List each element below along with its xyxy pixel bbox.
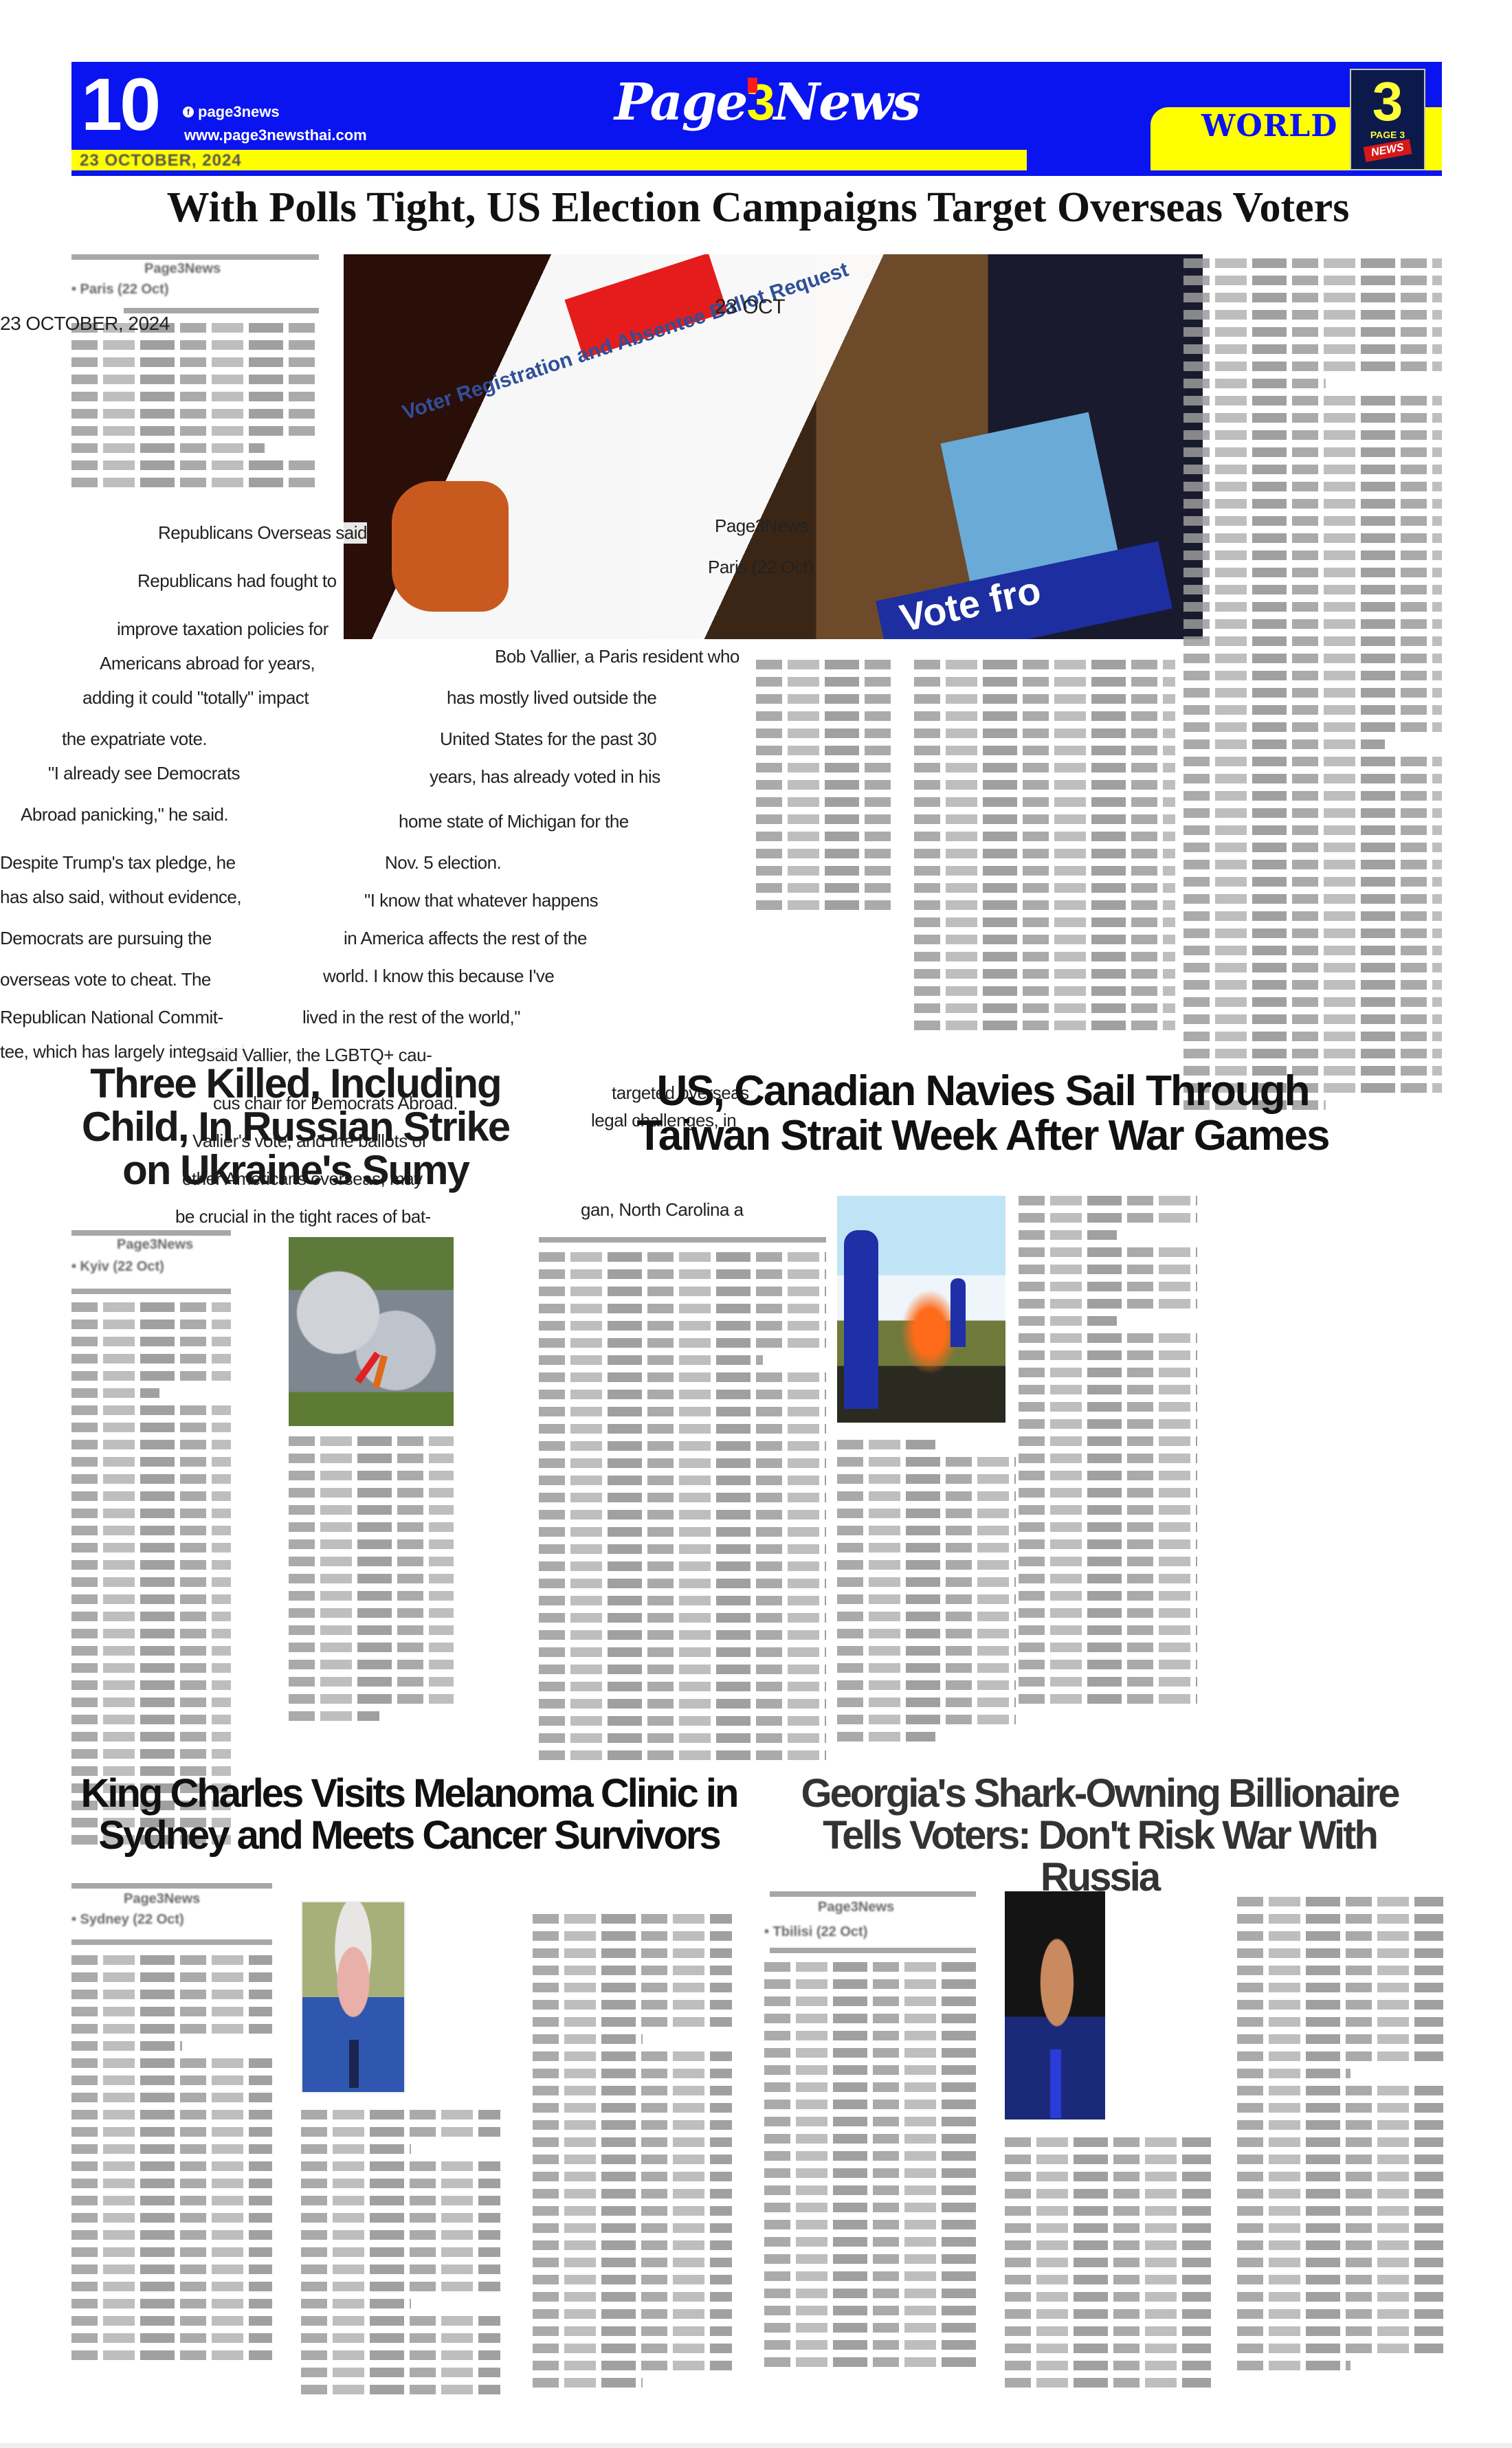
byline-rule <box>71 1939 272 1945</box>
overlay-byline: Page3News <box>715 515 808 537</box>
masthead: 10 f page3news www.page3newsthai.com 23 … <box>71 62 1442 176</box>
photo-detail <box>1050 2049 1061 2118</box>
article-column <box>289 1436 454 1728</box>
headline-us-election: With Polls Tight, US Election Campaigns … <box>74 186 1442 230</box>
article-column <box>71 323 319 495</box>
overlay-text: Democrats are pursuing the <box>0 928 212 949</box>
overlay-text: Republicans Overseas said <box>158 522 367 544</box>
article-column <box>764 1962 977 2374</box>
facebook-handle: page3news <box>198 103 280 121</box>
article-column <box>756 660 893 917</box>
overlay-text: adding it could "totally" impact <box>82 687 309 709</box>
overlay-date: 23 OCTOBER, 2024 <box>0 313 170 335</box>
overlay-text: be crucial in the tight races of bat- <box>175 1206 431 1227</box>
article-column <box>533 1914 732 2395</box>
page3-news-logo: 3 PAGE 3 NEWS <box>1350 69 1425 170</box>
overlay-text: "I know that whatever happens <box>364 890 598 911</box>
byline: Page3News <box>124 1891 200 1907</box>
article-column <box>1183 258 1442 1117</box>
overlay-text: Republicans had fought to <box>137 570 337 592</box>
overlay-dateline: Paris (22 Oct) <box>708 557 813 578</box>
article-column <box>301 2110 500 2402</box>
page-number: 10 <box>81 67 158 142</box>
overlay-text: United States for the past 30 <box>440 728 656 750</box>
overlay-text: has mostly lived outside the <box>447 687 656 709</box>
headline-ukraine-strike: Three Killed, Including Child, In Russia… <box>69 1062 522 1192</box>
website-link[interactable]: www.page3newsthai.com <box>184 126 367 144</box>
overlay-text: Americans abroad for years, <box>100 653 315 674</box>
masthead-bottom-rule <box>71 170 1442 176</box>
article-column <box>539 1237 826 1768</box>
article-column <box>837 1440 1016 1749</box>
dateline: • Tbilisi (22 Oct) <box>764 1924 867 1940</box>
overlay-text: the expatriate vote. <box>62 728 207 750</box>
issue-date: 23 OCTOBER, 2024 <box>80 151 242 170</box>
brand-left: Page <box>614 73 746 132</box>
overlay-text: Despite Trump's tax pledge, he <box>0 852 236 874</box>
overlay-text: has also said, without evidence, <box>0 887 241 908</box>
photo-king-charles <box>301 1901 405 2093</box>
article-column <box>1019 1196 1197 1711</box>
article-column <box>71 1302 231 1852</box>
logo-number: 3 <box>1372 74 1403 129</box>
facebook-link[interactable]: f page3news <box>183 103 280 121</box>
byline-rule <box>71 1289 231 1294</box>
overlay-text: years, has already voted in his <box>430 766 660 788</box>
brand-number: 3 <box>746 74 773 131</box>
overlay-text: home state of Michigan for the <box>399 811 629 832</box>
brand-right: News <box>774 73 920 132</box>
page-bottom-edge <box>0 2443 1512 2448</box>
article-column <box>71 1955 272 2368</box>
overlay-text: lived in the rest of the world," <box>302 1007 520 1028</box>
photo-strike-aftermath <box>289 1237 454 1426</box>
dateline: • Paris (22 Oct) <box>71 282 169 298</box>
brand-logotype: Page3News <box>614 77 920 128</box>
headline-king-charles: King Charles Visits Melanoma Clinic in S… <box>76 1773 742 1857</box>
overlay-text: "I already see Democrats <box>48 763 240 784</box>
logo-line2: NEWS <box>1364 139 1412 162</box>
overlay-text: overseas vote to cheat. The <box>0 969 211 990</box>
overlay-text: Abroad panicking," he said. <box>21 804 228 825</box>
overlay-text: Nov. 5 election. <box>385 852 501 874</box>
facebook-icon: f <box>183 107 194 118</box>
overlay-text: Republican National Commit- <box>0 1007 223 1028</box>
photo-detail <box>349 2040 359 2088</box>
headline-taiwan-strait: US, Canadian Navies Sail Through Taiwan … <box>591 1069 1375 1158</box>
headline-georgia-billionaire: Georgia's Shark-Owning Billionaire Tells… <box>763 1773 1436 1899</box>
dateline: • Kyiv (22 Oct) <box>71 1259 164 1275</box>
overlay-text: in America affects the rest of the <box>344 928 587 949</box>
logo-line1: PAGE 3 <box>1370 129 1405 140</box>
byline: Page3News <box>144 261 221 277</box>
byline: Page3News <box>117 1237 193 1253</box>
overlay-text: gan, North Carolina a <box>581 1199 744 1221</box>
overlay-photo-date: 23 OCT <box>715 296 785 319</box>
overlay-text: Bob Vallier, a Paris resident who <box>495 646 740 667</box>
photo-figure <box>844 1230 878 1409</box>
photo-figure <box>950 1278 966 1347</box>
byline-rule <box>770 1891 976 1897</box>
article-column <box>914 660 1175 1038</box>
byline-rule <box>71 254 319 260</box>
byline-rule <box>71 1230 231 1236</box>
photo-hand <box>392 481 509 612</box>
article-column <box>1005 2137 1211 2395</box>
dateline: • Sydney (22 Oct) <box>71 1912 184 1928</box>
byline: Page3News <box>818 1900 894 1915</box>
section-label: WORLD <box>1201 109 1337 144</box>
overlay-text: world. I know this because I've <box>323 966 554 987</box>
photo-stubble-burning <box>837 1196 1005 1423</box>
byline-rule <box>71 1883 272 1889</box>
byline-rule <box>770 1948 976 1953</box>
overlay-text: improve taxation policies for <box>117 619 329 640</box>
photo-georgia-billionaire <box>1005 1891 1105 2119</box>
article-column <box>1237 1897 1443 2378</box>
